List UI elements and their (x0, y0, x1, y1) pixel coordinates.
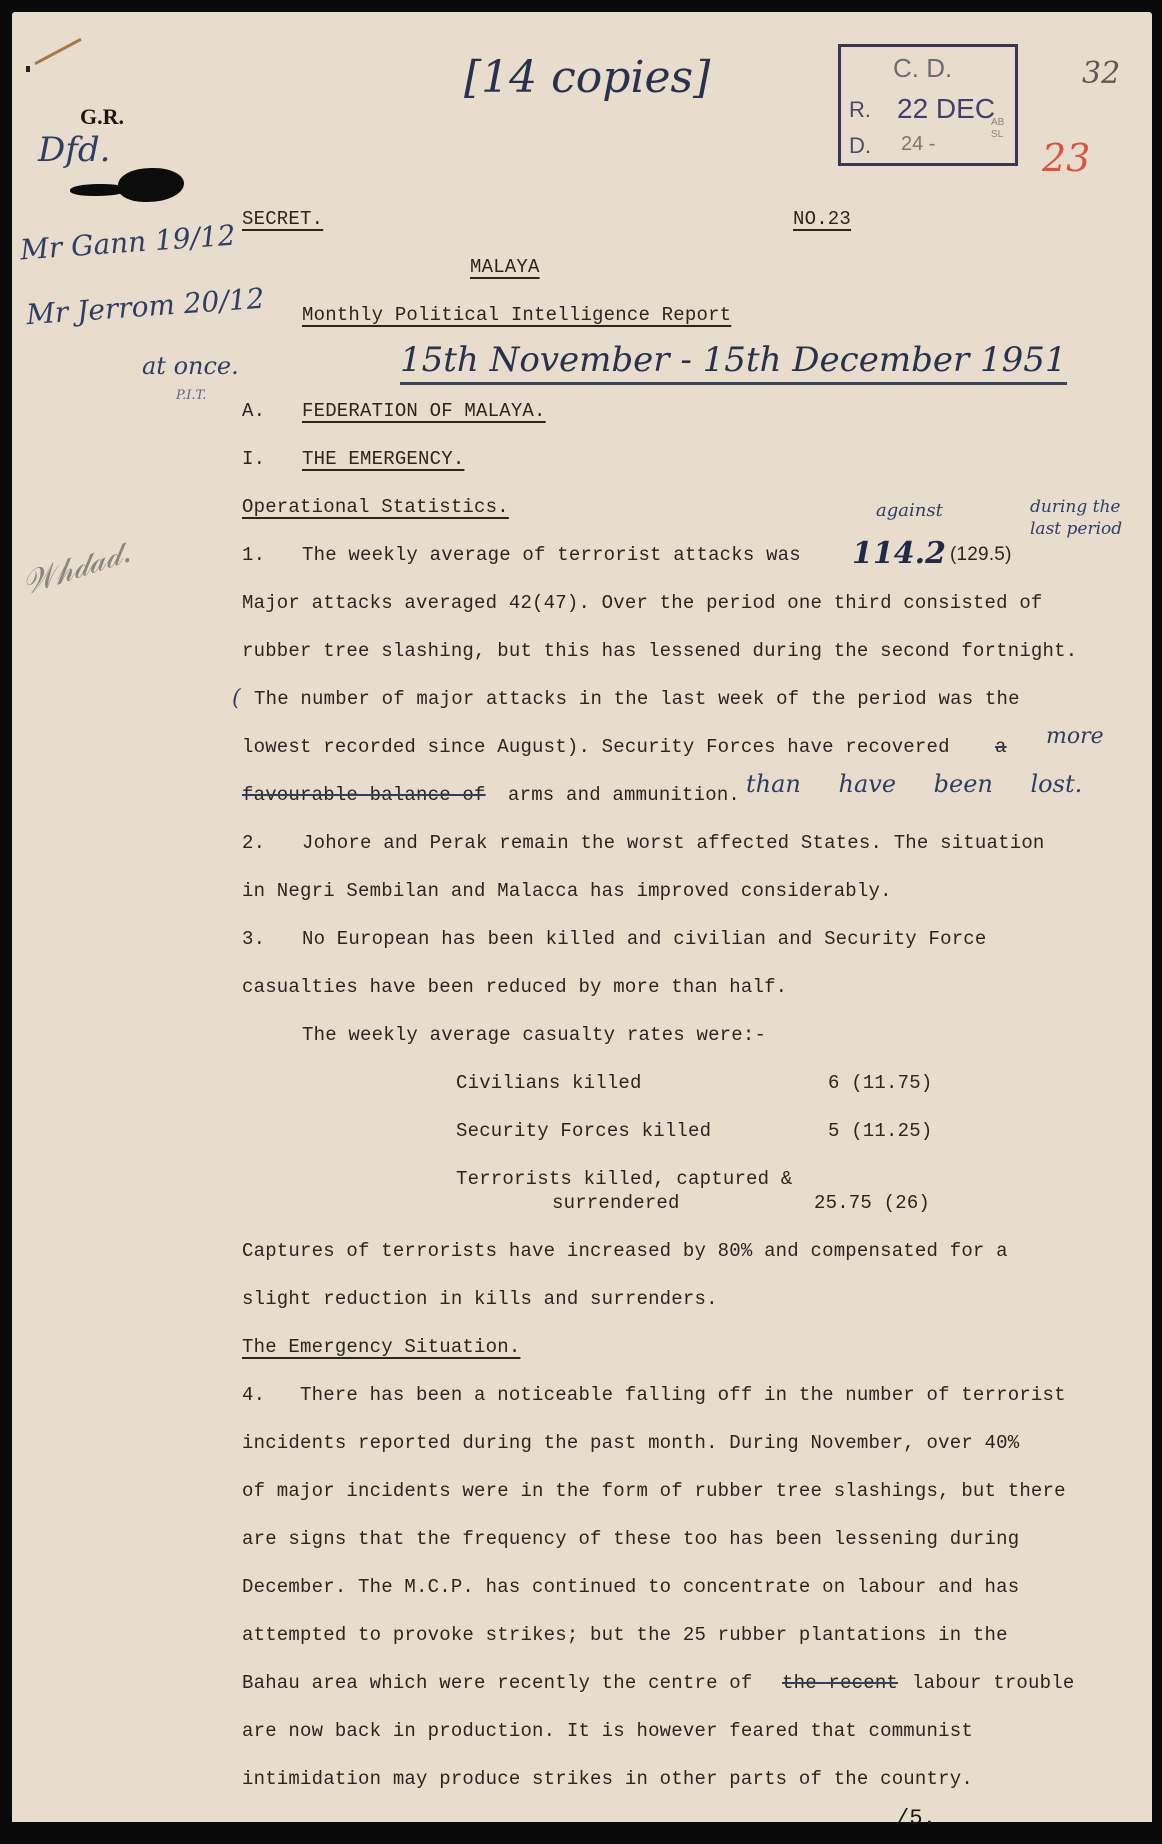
hand-more: more (1046, 724, 1104, 749)
para4-number: 4. (242, 1384, 265, 1406)
section-i-title: THE EMERGENCY. (302, 448, 464, 470)
para1-line6-struck: favourable balance of (242, 784, 486, 806)
para4-line3: of major incidents were in the form of r… (242, 1480, 1066, 1502)
casualty-row-label-cont: surrendered (552, 1192, 680, 1214)
received-stamp: C. D. R. 22 DEC D. 24 - AB SL (838, 44, 1018, 166)
typed-prev-value: (129.5) (950, 544, 1012, 566)
para1-line3: rubber tree slashing, but this has lesse… (242, 640, 1077, 662)
section-a-label: A. (242, 400, 265, 422)
red-number: 23 (1042, 136, 1090, 180)
subheading-emergency-situation: The Emergency Situation. (242, 1336, 520, 1358)
para2-line2: in Negri Sembilan and Malacca has improv… (242, 880, 892, 902)
para3-after1: Captures of terrorists have increased by… (242, 1240, 1008, 1262)
folio-number: 32 (1082, 56, 1120, 91)
para3-line1: No European has been killed and civilian… (302, 928, 987, 950)
hand-during-last-period: during the last period (1030, 496, 1140, 540)
casualty-row-label: Terrorists killed, captured & (456, 1168, 792, 1190)
para2-number: 2. (242, 832, 265, 854)
para1-number: 1. (242, 544, 265, 566)
continuation-marker: /5. (896, 1806, 936, 1831)
casualty-row-label: Security Forces killed (456, 1120, 711, 1142)
hand-than-have-been-lost: than have been lost. (746, 770, 1082, 798)
para4-line4: are signs that the frequency of these to… (242, 1528, 1019, 1550)
casualty-row-value: 6 (11.75) (828, 1072, 932, 1094)
stamp-r-value: 22 DEC (897, 93, 995, 125)
para1-line5-struck: a (995, 736, 1007, 758)
hand-insert-mark: ( (232, 686, 241, 711)
section-a-title: FEDERATION OF MALAYA. (302, 400, 546, 422)
report-title: Monthly Political Intelligence Report (302, 304, 731, 326)
report-number: NO.23 (793, 208, 851, 230)
casualty-row-label: Civilians killed (456, 1072, 642, 1094)
gr-mark: G.R. (80, 104, 124, 130)
casualty-table-intro: The weekly average casualty rates were:- (302, 1024, 766, 1046)
country-title: MALAYA (470, 256, 540, 278)
para1-line5: lowest recorded since August). Security … (242, 736, 950, 758)
para3-line2: casualties have been reduced by more tha… (242, 976, 787, 998)
margin-note-at-once: at once. (142, 352, 239, 380)
para4-line2: incidents reported during the past month… (242, 1432, 1019, 1454)
stamp-r-label: R. (849, 97, 871, 123)
para1-line2: Major attacks averaged 42(47). Over the … (242, 592, 1043, 614)
para4-line5: December. The M.C.P. has continued to co… (242, 1576, 1019, 1598)
para4-line7-struck: the recent (782, 1672, 898, 1694)
stamp-cd: C. D. (893, 53, 952, 84)
stamp-d-value: 24 - (901, 133, 935, 156)
para4-line7: Bahau area which were recently the centr… (242, 1672, 752, 1694)
margin-note-pit: P.I.T. (176, 388, 206, 403)
hand-value: 114.2 (852, 536, 946, 571)
handwritten-copies-note: [14 copies] (464, 52, 710, 103)
para3-after2: slight reduction in kills and surrenders… (242, 1288, 718, 1310)
ink-dot (26, 66, 30, 72)
hand-against: against (876, 500, 943, 521)
para4-line1: There has been a noticeable falling off … (300, 1384, 1066, 1406)
classification: SECRET. (242, 208, 323, 230)
para1-line1: The weekly average of terrorist attacks … (302, 544, 801, 566)
casualty-row-value: 25.75 (26) (814, 1192, 930, 1214)
casualty-row-value: 5 (11.25) (828, 1120, 932, 1142)
stamp-initials: AB SL (991, 117, 1011, 141)
page-bottom-edge (0, 1822, 1162, 1844)
para2-line1: Johore and Perak remain the worst affect… (302, 832, 1045, 854)
para3-number: 3. (242, 928, 265, 950)
para1-line4: The number of major attacks in the last … (254, 688, 1020, 710)
para4-line9: intimidation may produce strikes in othe… (242, 1768, 973, 1790)
para1-line6: arms and ammunition. (508, 784, 740, 806)
para4-line7-end: labour trouble (912, 1672, 1074, 1694)
margin-note-dfd: Dfd. (38, 130, 110, 170)
document-page (12, 12, 1152, 1832)
stamp-d-label: D. (849, 133, 871, 159)
subheading-operational-statistics: Operational Statistics. (242, 496, 509, 518)
para4-line8: are now back in production. It is howeve… (242, 1720, 973, 1742)
para4-line6: attempted to provoke strikes; but the 25… (242, 1624, 1008, 1646)
handwritten-period: 15th November - 15th December 1951 (400, 340, 1067, 385)
section-i-label: I. (242, 448, 265, 470)
